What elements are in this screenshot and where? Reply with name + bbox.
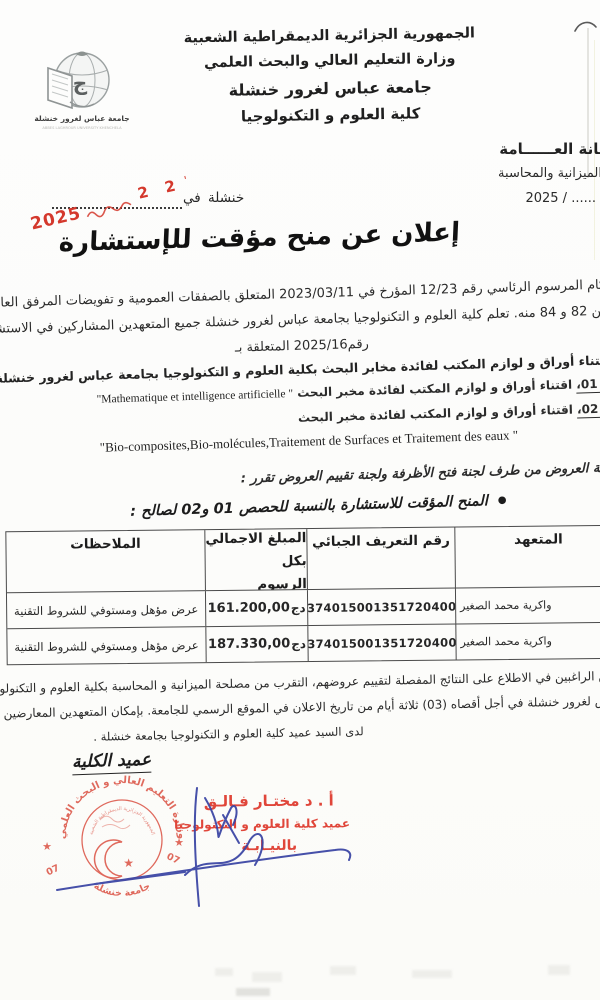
header-ministry: وزارة التعليم العالي والبحث العلمي (175, 50, 485, 71)
scan-noise (412, 970, 452, 978)
currency-label: دج (291, 637, 306, 651)
svg-text:ABBES LAGHROUR UNIVERSITY KHEN: ABBES LAGHROUR UNIVERSITY KHENCHELA (42, 126, 122, 130)
award-text: المنح المؤقت للاستشارة بالنسبة للحصص 01 … (130, 493, 488, 520)
header-faculty: كلية العلوم و التكنولوجيا (176, 103, 486, 126)
col-header-vendor: المتعهد (454, 526, 600, 588)
col-header-tax-id: رقم التعريف الجبائي (306, 528, 455, 590)
lot2-text: اقتناء أوراق و لوازم المكتب لفائدة مخبر … (298, 403, 573, 425)
vendor-cell: واكرية محمد الصغير (455, 623, 600, 660)
lot2-line: ـة 02، اقتناء أوراق و لوازم المكتب لفائد… (298, 401, 600, 424)
note-cell: عرض مؤهل ومستوفي للشروط التقنية (7, 627, 205, 664)
header-university: جامعة عباس لغرور خنشلة (175, 76, 485, 100)
scan-noise (236, 988, 270, 996)
dateline-city: خنشلة (208, 190, 244, 206)
ref-budget-service: الميزانية والمحاسبة (498, 166, 600, 181)
body-text: حكام المرسوم الرئاسي رقم 12/23 المؤرخ في… (0, 278, 600, 296)
vendor-cell: واكرية محمد الصغير (455, 587, 600, 624)
col-header-notes: الملاحظات (6, 530, 205, 592)
lot1-lab-name-latin: " Mathematique et intelligence artificie… (96, 388, 293, 406)
bullet-icon: ● (498, 495, 507, 506)
currency-label: دج (291, 601, 306, 615)
svg-text:ج: ج (73, 71, 88, 95)
col-header-amount-line2: الرسوم (257, 573, 307, 590)
university-logo-icon: ج جامعة عباس لغرور خنشلة ABBES LAGHROUR … (20, 48, 140, 133)
lot1-line: ـة 01، اقتناء أوراق و لوازم المكتب لفائد… (96, 376, 600, 405)
scan-noise (330, 966, 356, 975)
amount-value: 187.330,00 (208, 636, 290, 652)
pen-mark-artifact (574, 18, 598, 36)
lot1-text: اقتناء أوراق و لوازم المكتب لفائدة مخبر … (297, 378, 572, 400)
document-header: الجمهورية الجزائرية الديمقراطية الشعبية … (174, 25, 486, 126)
footer-text: دين الراغبين في الاطلاع على النتائج المف… (0, 669, 600, 682)
scan-noise (548, 965, 570, 975)
tax-id-cell: 13740150013517204000 (307, 589, 455, 626)
header-republic: الجمهورية الجزائرية الديمقراطية الشعبية (174, 25, 484, 46)
scan-noise (215, 968, 233, 976)
table-header-row: المتعهد رقم التعريف الجبائي المبلغ الاجم… (6, 526, 600, 592)
lot1-number: ـة 01، (576, 376, 600, 393)
decision-line: راسة العروض من طرف لجنة فتح الأظرفة ولجن… (241, 460, 600, 486)
ref-general-secretariat: ـانة العــــــامة (499, 140, 600, 158)
table-row: واكرية محمد الصغير 13740150013517204000 … (7, 586, 600, 628)
amount-cell: 161.200,00دج (205, 590, 307, 626)
col-header-amount: المبلغ الاجمالي بكل الرسوم (204, 529, 307, 590)
footer-line-2: اس لغرور خنشلة في أجل أقصاه (03) ثلاثة أ… (0, 694, 600, 721)
amount-cell: 187.330,00دج (205, 626, 307, 662)
date-stamp-day: 2 2 (136, 175, 183, 202)
tax-id-cell: 13740150013517204000 (307, 625, 455, 662)
lot2-number: ـة 02، (577, 401, 600, 418)
footer-line-1: دين الراغبين في الاطلاع على النتائج المف… (0, 669, 600, 696)
footer-line-3: لدى السيد عميد كلية العلوم و التكنولوجيا… (93, 724, 364, 744)
scanned-document-page: الجمهورية الجزائرية الديمقراطية الشعبية … (0, 0, 600, 1000)
announcement-title: إعلان عن منح مؤقت للإستشارة (194, 218, 460, 255)
award-results-table: المتعهد رقم التعريف الجبائي المبلغ الاجم… (5, 525, 600, 665)
svg-text:جامعة عباس لغرور خنشلة: جامعة عباس لغرور خنشلة (34, 114, 129, 123)
award-line: ● المنح المؤقت للاستشارة بالنسبة للحصص 0… (130, 493, 507, 520)
note-cell: عرض مؤهل ومستوفي للشروط التقنية (7, 591, 205, 628)
date-stamp: 2025 2 2 ' (23, 153, 199, 234)
date-stamp-tick: ' (183, 174, 189, 187)
table-row: واكرية محمد الصغير 13740150013517204000 … (7, 622, 600, 664)
lot2-lab-name-latin: "Bio-composites,Bio-molécules,Traitement… (100, 427, 519, 455)
ref-number-line: 2025 / ...... (525, 191, 596, 206)
date-stamp-month-squiggle (83, 195, 137, 222)
col-header-amount-line1: المبلغ الاجمالي بكل (205, 529, 306, 574)
amount-value: 161.200,00 (208, 600, 290, 616)
scan-noise (252, 972, 282, 982)
handwritten-signature (35, 780, 365, 915)
